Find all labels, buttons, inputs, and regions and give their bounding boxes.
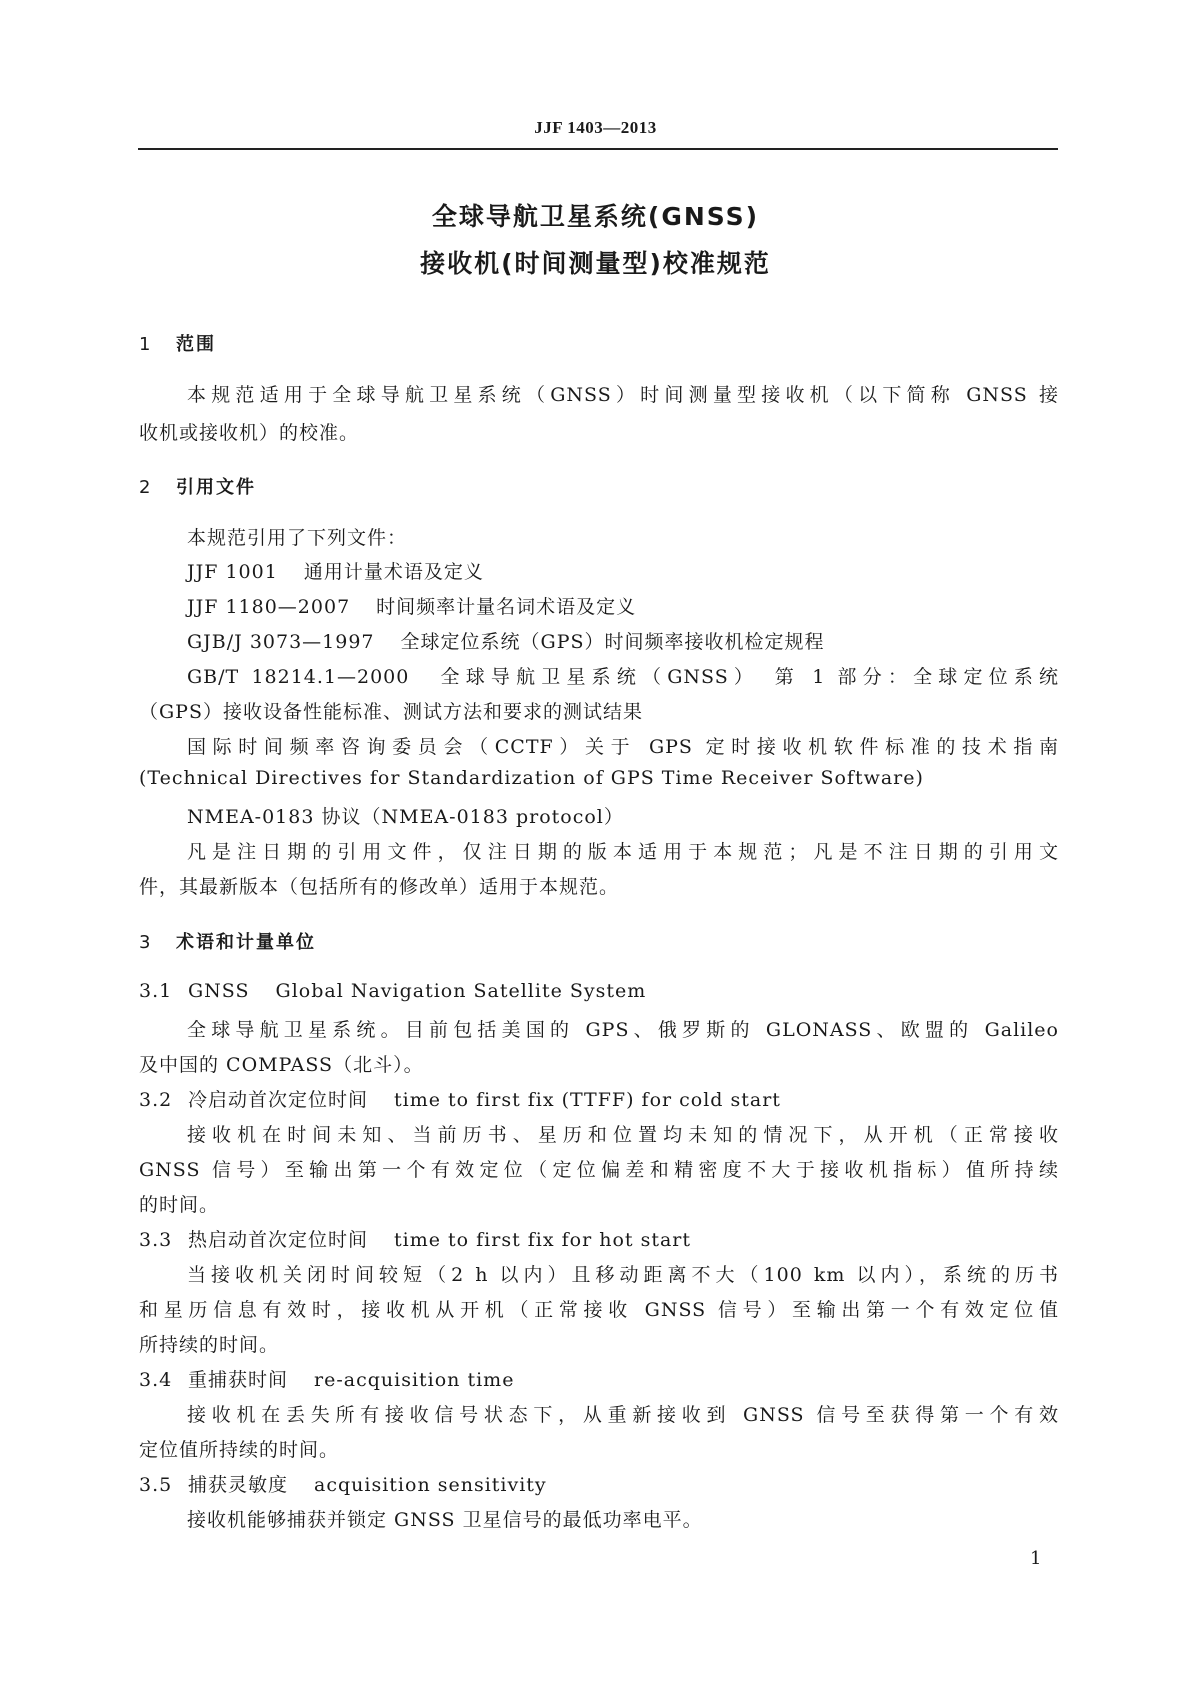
term-english: time to first fix for hot start: [394, 1229, 691, 1251]
reference-nmea: NMEA-0183 协议（NMEA-0183 protocol）: [187, 802, 1107, 829]
reference-item: GB/T 18214.1—2000全球导航卫星系统（GNSS） 第 1 部分：全…: [187, 662, 1059, 689]
reference-item: GJB/J 3073—1997全球定位系统（GPS）时间频率接收机检定规程: [187, 627, 1107, 654]
term-definition: 接收机在丢失所有接收信号状态下，从重新接收到 GNSS 信号至获得第一个有效: [187, 1400, 1059, 1427]
term-english: re-acquisition time: [314, 1369, 514, 1391]
reference-cctf: 国际时间频率咨询委员会（CCTF）关于 GPS 定时接收机软件标准的技术指南: [187, 732, 1059, 759]
document-title-line-1: 全球导航卫星系统(GNSS): [0, 197, 1191, 233]
term-english: Global Navigation Satellite System: [276, 980, 647, 1002]
term-definition: 的时间。: [139, 1190, 1059, 1217]
section-title: 引用文件: [176, 477, 256, 498]
reference-code: GB/T 18214.1—2000: [187, 666, 409, 688]
references-intro: 本规范引用了下列文件：: [187, 523, 1107, 550]
reference-code: GJB/J 3073—1997: [187, 631, 375, 653]
section-title: 范围: [176, 334, 216, 355]
document-code-header: JJF 1403—2013: [0, 118, 1191, 138]
reference-title: 时间频率计量名词术语及定义: [376, 596, 636, 618]
term-heading: 3.1GNSSGlobal Navigation Satellite Syste…: [139, 980, 1059, 1002]
reference-title: 全球导航卫星系统（GNSS） 第 1 部分：全球定位系统: [435, 666, 1059, 688]
term-definition: 当接收机关闭时间较短（2 h 以内）且移动距离不大（100 km 以内），系统的…: [187, 1260, 1059, 1287]
reference-code: JJF 1001: [187, 561, 278, 583]
term-name: 冷启动首次定位时间: [188, 1089, 368, 1111]
section-number: 1: [139, 334, 176, 355]
term-english: time to first fix (TTFF) for cold start: [394, 1089, 781, 1111]
term-definition: 和星历信息有效时，接收机从开机（正常接收 GNSS 信号）至输出第一个有效定位值: [139, 1295, 1059, 1322]
references-note: 件，其最新版本（包括所有的修改单）适用于本规范。: [139, 872, 1059, 899]
reference-item: JJF 1180—2007时间频率计量名词术语及定义: [187, 592, 1107, 619]
term-heading: 3.5捕获灵敏度acquisition sensitivity: [139, 1470, 1059, 1497]
term-heading: 3.3热启动首次定位时间time to first fix for hot st…: [139, 1225, 1059, 1252]
reference-title: 通用计量术语及定义: [304, 561, 484, 583]
reference-code: JJF 1180—2007: [187, 596, 350, 618]
term-number: 3.3: [139, 1229, 188, 1251]
term-definition: 定位值所持续的时间。: [139, 1435, 1059, 1462]
term-definition: 及中国的 COMPASS（北斗）。: [139, 1050, 1059, 1077]
term-definition: 所持续的时间。: [139, 1330, 1059, 1357]
term-name: 热启动首次定位时间: [188, 1229, 368, 1251]
term-heading: 3.2冷启动首次定位时间time to first fix (TTFF) for…: [139, 1085, 1059, 1112]
reference-item-continuation: （GPS）接收设备性能标准、测试方法和要求的测试结果: [139, 697, 1059, 724]
document-title-line-2: 接收机(时间测量型)校准规范: [0, 244, 1191, 280]
section-number: 2: [139, 477, 176, 498]
term-definition: 接收机在时间未知、当前历书、星历和位置均未知的情况下，从开机（正常接收: [187, 1120, 1059, 1147]
term-name: 捕获灵敏度: [188, 1474, 288, 1496]
section-number: 3: [139, 932, 176, 953]
section-heading-scope: 1范围: [139, 330, 216, 356]
term-english: acquisition sensitivity: [314, 1474, 547, 1496]
term-definition: 全球导航卫星系统。目前包括美国的 GPS、俄罗斯的 GLONASS、欧盟的 Ga…: [187, 1015, 1059, 1042]
paragraph-line: 本规范适用于全球导航卫星系统（GNSS）时间测量型接收机（以下简称 GNSS 接: [187, 380, 1059, 407]
reference-item: JJF 1001通用计量术语及定义: [187, 557, 1107, 584]
page-number: 1: [1030, 1548, 1041, 1569]
section-heading-references: 2引用文件: [139, 473, 256, 499]
term-definition: 接收机能够捕获并锁定 GNSS 卫星信号的最低功率电平。: [187, 1505, 1107, 1532]
reference-cctf-en: (Technical Directives for Standardizatio…: [139, 767, 1059, 789]
paragraph-line: 收机或接收机）的校准。: [139, 418, 1059, 445]
term-number: 3.1: [139, 980, 188, 1002]
section-heading-terms: 3术语和计量单位: [139, 928, 316, 954]
term-name: GNSS: [188, 980, 250, 1002]
document-page: JJF 1403—2013 全球导航卫星系统(GNSS) 接收机(时间测量型)校…: [0, 0, 1191, 1684]
term-name: 重捕获时间: [188, 1369, 288, 1391]
term-definition: GNSS 信号）至输出第一个有效定位（定位偏差和精密度不大于接收机指标）值所持续: [139, 1155, 1059, 1182]
section-title: 术语和计量单位: [176, 932, 316, 953]
references-note: 凡是注日期的引用文件，仅注日期的版本适用于本规范；凡是不注日期的引用文: [187, 837, 1059, 864]
term-number: 3.5: [139, 1474, 188, 1496]
reference-title: 全球定位系统（GPS）时间频率接收机检定规程: [401, 631, 825, 653]
header-divider: [138, 148, 1058, 150]
term-heading: 3.4重捕获时间re-acquisition time: [139, 1365, 1059, 1392]
term-number: 3.2: [139, 1089, 188, 1111]
term-number: 3.4: [139, 1369, 188, 1391]
